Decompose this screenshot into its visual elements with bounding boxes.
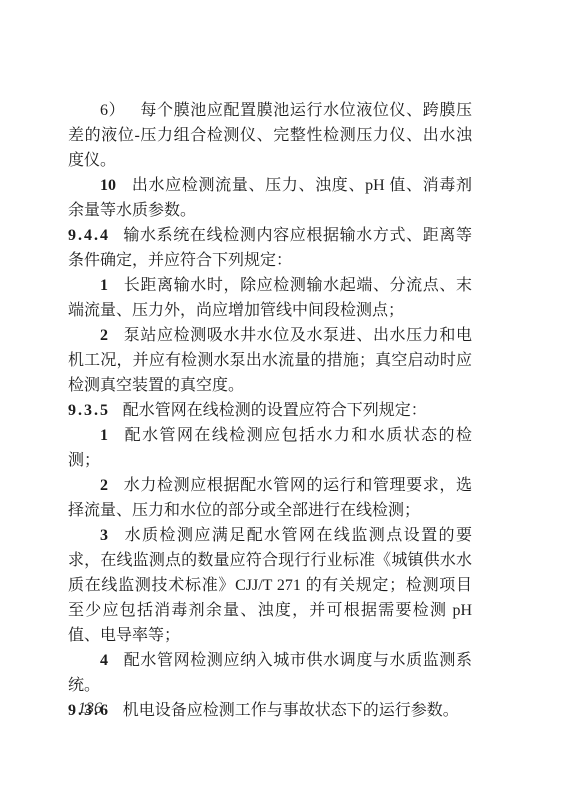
paragraph-text: 配水管网检测应纳入城市供水调度与水质监测系统。 <box>68 652 472 694</box>
paragraph-text: 每个膜池应配置膜池运行水位液位仪、跨膜压差的液位-压力组合检测仪、完整性检测压力… <box>68 102 472 169</box>
page-number: 136 <box>78 700 102 718</box>
paragraph-text: 长距离输水时，除应检测输水起端、分流点、末端流量、压力外，尚应增加管线中间段检测… <box>68 277 472 319</box>
list-item-number: 6） <box>100 102 125 119</box>
paragraph-text: 水质检测应满足配水管网在线监测点设置的要求，在线监测点的数量应符合现行行业标准《… <box>68 527 472 644</box>
document-page: 6）每个膜池应配置膜池运行水位液位仪、跨膜压差的液位-压力组合检测仪、完整性检测… <box>0 0 561 804</box>
clause-paragraph: 2泵站应检测吸水井水位及水泵进、出水压力和电机工况，并应有检测水泵出水流量的措施… <box>68 323 472 398</box>
list-item-number: 2 <box>100 327 108 344</box>
section-paragraph: 9.4.4输水系统在线检测内容应根据输水方式、距离等条件确定，并应符合下列规定： <box>68 223 472 273</box>
section-paragraph: 9.3.5配水管网在线检测的设置应符合下列规定： <box>68 398 472 423</box>
clause-paragraph: 1配水管网在线检测应包括水力和水质状态的检测； <box>68 423 472 473</box>
list-item-number: 4 <box>100 652 108 669</box>
clause-paragraph: 3水质检测应满足配水管网在线监测点设置的要求，在线监测点的数量应符合现行行业标准… <box>68 523 472 648</box>
clause-paragraph: 2水力检测应根据配水管网的运行和管理要求，选择流量、压力和水位的部分或全部进行在… <box>68 473 472 523</box>
paragraph-text: 配水管网在线检测的设置应符合下列规定： <box>123 402 427 419</box>
clause-paragraph: 4配水管网检测应纳入城市供水调度与水质监测系统。 <box>68 648 472 698</box>
section-paragraph: 9.3.6机电设备应检测工作与事故状态下的运行参数。 <box>68 698 472 723</box>
list-item-number: 10 <box>100 177 116 194</box>
paragraph-text: 输水系统在线检测内容应根据输水方式、距离等条件确定，并应符合下列规定： <box>68 227 472 269</box>
list-item-number: 2 <box>100 477 108 494</box>
section-number: 9.3.5 <box>68 402 110 419</box>
list-item-number: 1 <box>100 277 108 294</box>
text-block: 6）每个膜池应配置膜池运行水位液位仪、跨膜压差的液位-压力组合检测仪、完整性检测… <box>68 98 472 723</box>
list-item-number: 3 <box>100 527 108 544</box>
paragraph-text: 配水管网在线检测应包括水力和水质状态的检测； <box>68 427 472 469</box>
paragraph-text: 泵站应检测吸水井水位及水泵进、出水压力和电机工况，并应有检测水泵出水流量的措施；… <box>68 327 472 394</box>
clause-paragraph: 10出水应检测流量、压力、浊度、pH 值、消毒剂余量等水质参数。 <box>68 173 472 223</box>
paragraph-text: 出水应检测流量、压力、浊度、pH 值、消毒剂余量等水质参数。 <box>68 177 472 219</box>
clause-paragraph: 1长距离输水时，除应检测输水起端、分流点、末端流量、压力外，尚应增加管线中间段检… <box>68 273 472 323</box>
section-number: 9.4.4 <box>68 227 110 244</box>
clause-paragraph: 6）每个膜池应配置膜池运行水位液位仪、跨膜压差的液位-压力组合检测仪、完整性检测… <box>68 98 472 173</box>
paragraph-text: 机电设备应检测工作与事故状态下的运行参数。 <box>123 702 459 719</box>
list-item-number: 1 <box>100 427 108 444</box>
paragraph-text: 水力检测应根据配水管网的运行和管理要求，选择流量、压力和水位的部分或全部进行在线… <box>68 477 472 519</box>
